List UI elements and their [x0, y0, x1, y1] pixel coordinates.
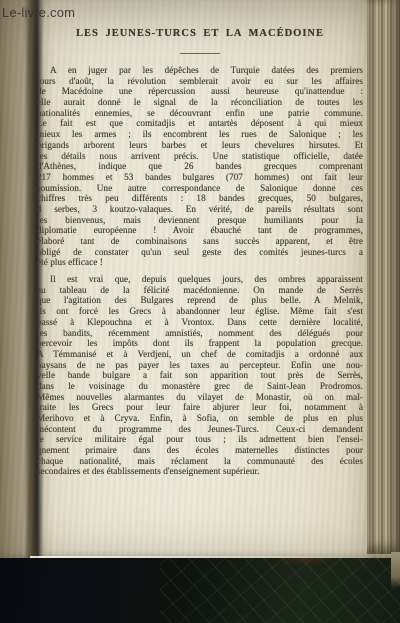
text-line: gnement primaire dans des écoles materne…	[37, 445, 363, 456]
text-line: les détails nous arrivent précis. Une st…	[37, 151, 363, 162]
text-line: nationalités ennemies, se découvrant enf…	[37, 108, 363, 119]
body-text: A en juger par les dépêches de Turquie d…	[37, 65, 363, 477]
text-line: Il est vrai que, depuis quelques jours, …	[37, 274, 363, 285]
text-line: 217 hommes et 53 bandes bulgares (707 ho…	[37, 172, 363, 183]
text-line: ils ont forcé les Grecs à abandonner leu…	[37, 306, 363, 317]
text-line: obligé de constater qu'un seul geste des…	[37, 247, 363, 258]
paragraph: Il est vrai que, depuis quelques jours, …	[37, 274, 363, 477]
text-line: les bandits, récemment amnistiés, nommen…	[37, 328, 363, 339]
text-line: soumission. Une autre correspondance de …	[37, 183, 363, 194]
text-line: 4 serbes, 3 koutzo-valaques. En vérité, …	[37, 204, 363, 215]
text-line: percevoir les impôts dont ils frappent l…	[37, 338, 363, 349]
text-line: elle aurait donné le signal de la réconc…	[37, 97, 363, 108]
text-line: mécontent du programme des Jeunes-Turcs.…	[37, 424, 363, 435]
paragraph: A en juger par les dépêches de Turquie d…	[37, 65, 363, 268]
text-line: velle bande bulgare a fait son apparitio…	[37, 370, 363, 381]
text-line: été plus efficace !	[37, 257, 363, 268]
text-line: passé à Klepouchna et à Vrontox. Dans ce…	[37, 317, 363, 328]
page-content: LES JEUNES-TURCS ET LA MACÉDOINE A en ju…	[37, 0, 363, 483]
text-line: diplomatie européenne ! Avoir ébauché ta…	[37, 225, 363, 236]
text-line: au tableau de la félicité macédonienne. …	[37, 285, 363, 296]
text-line: traite les Grecs pour leur faire abjurer…	[37, 402, 363, 413]
text-line: paysans de ne pas payer les taxes au per…	[37, 360, 363, 371]
text-line: jours d'août, la révolution semblerait a…	[37, 76, 363, 87]
text-line: Mêmes nouvelles alarmantes du vilayet de…	[37, 392, 363, 403]
table-surface-scratches	[160, 556, 400, 623]
text-line: d'Athènes, indique que 26 bandes grecque…	[37, 161, 363, 172]
text-line: Merihovo et à Cryva. Enfin, à Sofia, on …	[37, 413, 363, 424]
page-fore-edges	[367, 0, 400, 554]
watermark: Le-livre.com	[2, 5, 75, 20]
text-line: mieux les armes ; ils encombrent les rue…	[37, 129, 363, 140]
text-line: A en juger par les dépêches de Turquie d…	[37, 65, 363, 76]
text-line: chaque nationalité, mais réclament la co…	[37, 456, 363, 467]
article-title: LES JEUNES-TURCS ET LA MACÉDOINE	[37, 28, 363, 39]
book-page: LES JEUNES-TURCS ET LA MACÉDOINE A en ju…	[0, 0, 400, 558]
text-line: les bienvenus, mais deviennent presque h…	[37, 215, 363, 226]
text-line: chiffres très peu différents : 18 bandes…	[37, 193, 363, 204]
text-line: élaboré tant de combinaisons sans succès…	[37, 236, 363, 247]
text-line: Le fait est que comitadjis et antartès d…	[37, 118, 363, 129]
text-line: dans le voisinage du monastère grec de S…	[37, 381, 363, 392]
text-line: brigands arborent leurs barbes et leurs …	[37, 140, 363, 151]
fore-edge-tail	[391, 552, 400, 588]
text-line: A Témmanisé et à Verdjeni, un chef de co…	[37, 349, 363, 360]
text-line: secondaires et des établissements d'ense…	[37, 466, 363, 477]
title-divider	[180, 53, 220, 54]
text-line: que l'agitation des Bulgares reprend de …	[37, 295, 363, 306]
text-line: de Macédoine une répercussion aussi heur…	[37, 86, 363, 97]
text-line: le service militaire égal pour tous ; il…	[37, 434, 363, 445]
scanned-book-photo: LES JEUNES-TURCS ET LA MACÉDOINE A en ju…	[0, 0, 400, 623]
